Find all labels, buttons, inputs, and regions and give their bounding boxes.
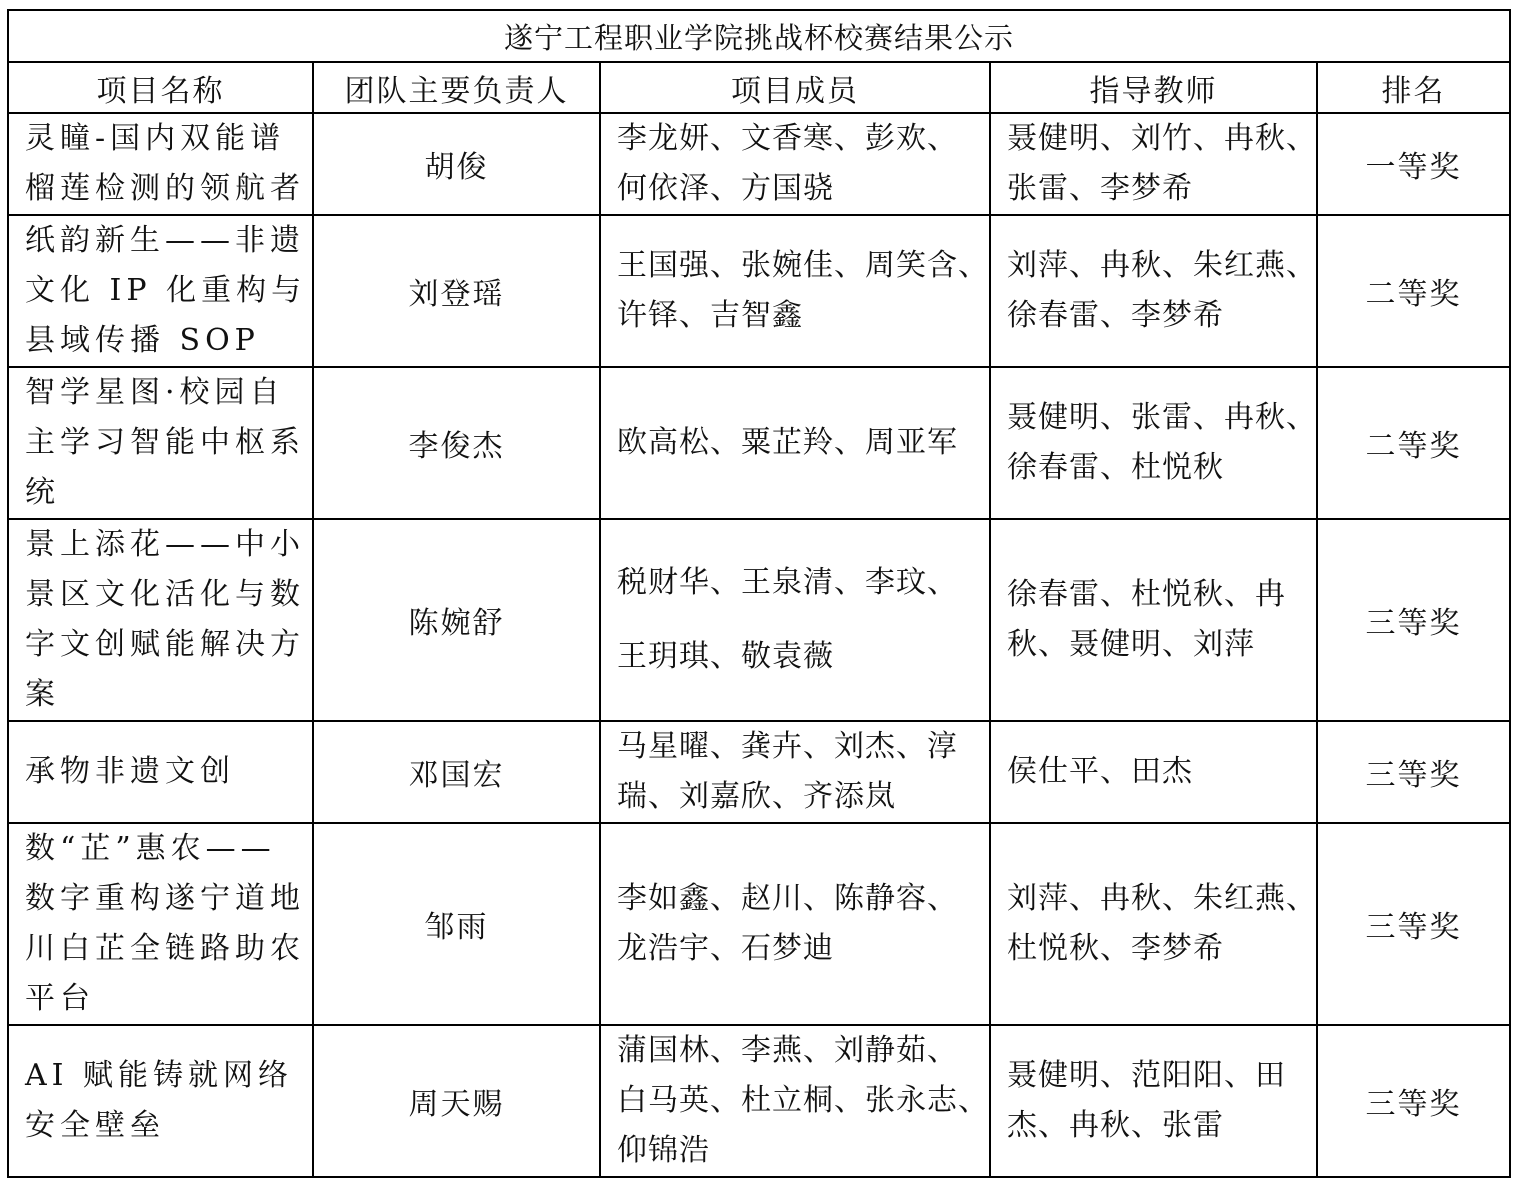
advisors-cell: 侯仕平、田杰 xyxy=(990,721,1317,823)
project-name-line: 县域传播 SOP xyxy=(25,316,298,366)
rank-cell: 二等奖 xyxy=(1317,367,1510,519)
members-line: 龙浩宇、石梦迪 xyxy=(617,924,979,974)
members-line: 马星曜、龚卉、刘杰、淳 xyxy=(617,722,979,772)
project-name-cell: 智学星图·校园自 主学习智能中枢系 统 xyxy=(8,367,313,519)
members-cell: 李如鑫、赵川、陈静容、 龙浩宇、石梦迪 xyxy=(600,823,990,1025)
advisors-line: 聂健明、范阳阳、田 xyxy=(1007,1051,1306,1101)
advisors-cell: 聂健明、范阳阳、田 杰、冉秋、张雷 xyxy=(990,1025,1317,1177)
leader-cell: 刘登瑶 xyxy=(313,215,600,367)
header-advisors: 指导教师 xyxy=(990,62,1317,113)
advisors-line: 刘萍、冉秋、朱红燕、 xyxy=(1007,874,1306,924)
advisors-line: 刘萍、冉秋、朱红燕、 xyxy=(1007,241,1306,291)
rank-cell: 二等奖 xyxy=(1317,215,1510,367)
project-name-line: AI 赋能铸就网络 xyxy=(25,1051,298,1101)
table-row: 灵瞳-国内双能谱 榴莲检测的领航者 胡俊 李龙妍、文香寒、彭欢、 何依泽、方国骁… xyxy=(8,113,1510,215)
leader-cell: 胡俊 xyxy=(313,113,600,215)
project-name-line: 景上添花——中小 xyxy=(25,520,298,570)
advisors-cell: 刘萍、冉秋、朱红燕、 徐春雷、李梦希 xyxy=(990,215,1317,367)
table-row: 承物非遗文创 邓国宏 马星曜、龚卉、刘杰、淳 瑞、刘嘉欣、齐添岚 侯仕平、田杰 … xyxy=(8,721,1510,823)
members-cell: 马星曜、龚卉、刘杰、淳 瑞、刘嘉欣、齐添岚 xyxy=(600,721,990,823)
members-line: 何依泽、方国骁 xyxy=(617,164,979,214)
leader-cell: 邹雨 xyxy=(313,823,600,1025)
project-name-line: 平台 xyxy=(25,974,298,1024)
table-row: 景上添花——中小 景区文化活化与数 字文创赋能解决方 案 陈婉舒 税财华、王泉清… xyxy=(8,519,1510,721)
table-row: 智学星图·校园自 主学习智能中枢系 统 李俊杰 欧高松、粟芷羚、周亚军 聂健明、… xyxy=(8,367,1510,519)
project-name-cell: 景上添花——中小 景区文化活化与数 字文创赋能解决方 案 xyxy=(8,519,313,721)
project-name-line: 统 xyxy=(25,468,298,518)
document-title: 遂宁工程职业学院挑战杯校赛结果公示 xyxy=(8,10,1510,62)
project-name-cell: AI 赋能铸就网络 安全壁垒 xyxy=(8,1025,313,1177)
header-row: 项目名称 团队主要负责人 项目成员 指导教师 排名 xyxy=(8,62,1510,113)
members-line: 李如鑫、赵川、陈静容、 xyxy=(617,874,979,924)
header-leader: 团队主要负责人 xyxy=(313,62,600,113)
leader-cell: 李俊杰 xyxy=(313,367,600,519)
title-row: 遂宁工程职业学院挑战杯校赛结果公示 xyxy=(8,10,1510,62)
project-name-line: 案 xyxy=(25,670,298,720)
project-name-line: 灵瞳-国内双能谱 xyxy=(25,114,298,164)
table-row: AI 赋能铸就网络 安全壁垒 周天赐 蒲国林、李燕、刘静茹、 白马英、杜立桐、张… xyxy=(8,1025,1510,1177)
rank-cell: 三等奖 xyxy=(1317,721,1510,823)
rank-cell: 三等奖 xyxy=(1317,519,1510,721)
advisors-line: 徐春雷、杜悦秋、冉 xyxy=(1007,570,1306,620)
advisors-line: 杰、冉秋、张雷 xyxy=(1007,1101,1306,1151)
project-name-cell: 承物非遗文创 xyxy=(8,721,313,823)
advisors-cell: 徐春雷、杜悦秋、冉 秋、聂健明、刘萍 xyxy=(990,519,1317,721)
members-line: 仰锦浩 xyxy=(617,1126,979,1176)
project-name-line: 智学星图·校园自 xyxy=(25,368,298,418)
advisors-line: 聂健明、张雷、冉秋、 xyxy=(1007,393,1306,443)
members-line: 李龙妍、文香寒、彭欢、 xyxy=(617,114,979,164)
members-line: 瑞、刘嘉欣、齐添岚 xyxy=(617,772,979,822)
advisors-line: 张雷、李梦希 xyxy=(1007,164,1306,214)
project-name-line: 数字重构遂宁道地 xyxy=(25,874,298,924)
leader-cell: 周天赐 xyxy=(313,1025,600,1177)
project-name-cell: 纸韵新生——非遗 文化 IP 化重构与 县域传播 SOP xyxy=(8,215,313,367)
members-cell: 王国强、张婉佳、周笑含、 许铎、吉智鑫 xyxy=(600,215,990,367)
project-name-line: 川白芷全链路助农 xyxy=(25,924,298,974)
rank-cell: 一等奖 xyxy=(1317,113,1510,215)
members-cell: 税财华、王泉清、李玟、 王玥琪、敬袁薇 xyxy=(600,519,990,721)
members-line: 白马英、杜立桐、张永志、 xyxy=(617,1076,979,1126)
project-name-line: 榴莲检测的领航者 xyxy=(25,164,298,214)
members-line: 许铎、吉智鑫 xyxy=(617,291,979,341)
header-project-name: 项目名称 xyxy=(8,62,313,113)
advisors-line: 杜悦秋、李梦希 xyxy=(1007,924,1306,974)
members-cell: 李龙妍、文香寒、彭欢、 何依泽、方国骁 xyxy=(600,113,990,215)
members-cell: 欧高松、粟芷羚、周亚军 xyxy=(600,367,990,519)
project-name-line: 文化 IP 化重构与 xyxy=(25,266,298,316)
project-name-line: 安全壁垒 xyxy=(25,1101,298,1151)
members-line: 欧高松、粟芷羚、周亚军 xyxy=(617,418,979,468)
header-members: 项目成员 xyxy=(600,62,990,113)
members-line: 蒲国林、李燕、刘静茹、 xyxy=(617,1026,979,1076)
leader-cell: 陈婉舒 xyxy=(313,519,600,721)
project-name-line: 景区文化活化与数 xyxy=(25,570,298,620)
advisors-line: 徐春雷、李梦希 xyxy=(1007,291,1306,341)
members-line: 王国强、张婉佳、周笑含、 xyxy=(617,241,979,291)
rank-cell: 三等奖 xyxy=(1317,1025,1510,1177)
project-name-line: 主学习智能中枢系 xyxy=(25,418,298,468)
results-table: 遂宁工程职业学院挑战杯校赛结果公示 项目名称 团队主要负责人 项目成员 指导教师… xyxy=(7,9,1511,1178)
advisors-cell: 刘萍、冉秋、朱红燕、 杜悦秋、李梦希 xyxy=(990,823,1317,1025)
project-name-cell: 灵瞳-国内双能谱 榴莲检测的领航者 xyxy=(8,113,313,215)
project-name-line: 数“芷”惠农—— xyxy=(25,824,298,874)
members-line: 税财华、王泉清、李玟、 xyxy=(617,546,979,620)
advisors-line: 秋、聂健明、刘萍 xyxy=(1007,620,1306,670)
advisors-cell: 聂健明、张雷、冉秋、 徐春雷、杜悦秋 xyxy=(990,367,1317,519)
table-row: 数“芷”惠农—— 数字重构遂宁道地 川白芷全链路助农 平台 邹雨 李如鑫、赵川、… xyxy=(8,823,1510,1025)
members-line: 王玥琪、敬袁薇 xyxy=(617,620,979,694)
members-cell: 蒲国林、李燕、刘静茹、 白马英、杜立桐、张永志、 仰锦浩 xyxy=(600,1025,990,1177)
advisors-cell: 聂健明、刘竹、冉秋、 张雷、李梦希 xyxy=(990,113,1317,215)
advisors-line: 聂健明、刘竹、冉秋、 xyxy=(1007,114,1306,164)
advisors-line: 侯仕平、田杰 xyxy=(1007,747,1306,797)
advisors-line: 徐春雷、杜悦秋 xyxy=(1007,443,1306,493)
rank-cell: 三等奖 xyxy=(1317,823,1510,1025)
leader-cell: 邓国宏 xyxy=(313,721,600,823)
project-name-line: 承物非遗文创 xyxy=(25,747,298,797)
header-rank: 排名 xyxy=(1317,62,1510,113)
project-name-cell: 数“芷”惠农—— 数字重构遂宁道地 川白芷全链路助农 平台 xyxy=(8,823,313,1025)
project-name-line: 纸韵新生——非遗 xyxy=(25,216,298,266)
project-name-line: 字文创赋能解决方 xyxy=(25,620,298,670)
table-row: 纸韵新生——非遗 文化 IP 化重构与 县域传播 SOP 刘登瑶 王国强、张婉佳… xyxy=(8,215,1510,367)
